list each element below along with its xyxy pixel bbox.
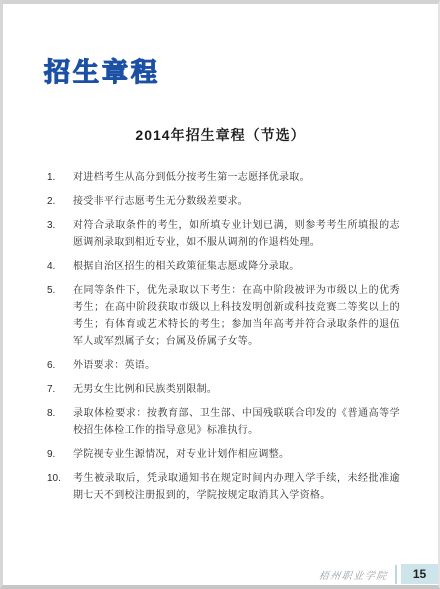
list-item: 3. 对符合录取条件的考生，如所填专业计划已满，则参考考生所填报的志愿调剂录取到… [47, 217, 400, 251]
section-header: 招生章程 [44, 52, 160, 89]
college-signature-logo: 梧州职业学院 [318, 567, 389, 582]
list-item-text: 根据自治区招生的相关政策征集志愿或降分录取。 [73, 258, 400, 275]
list-item: 7. 无男女生比例和民族类别限制。 [47, 381, 400, 398]
list-item-text: 学院视专业生源情况，对专业计划作相应调整。 [73, 446, 400, 463]
page-number-separator [395, 565, 397, 584]
list-item-text: 考生被录取后，凭录取通知书在规定时间内办理入学手续，未经批准逾期七天不到校注册报… [73, 470, 400, 504]
list-item-text: 在同等条件下，优先录取以下考生：在高中阶段被评为市级以上的优秀考生；在高中阶段获… [73, 282, 400, 350]
list-item-number: 3. [47, 217, 73, 251]
list-item-text: 录取体检要求：按教育部、卫生部、中国残联联合印发的《普通高等学校招生体检工作的指… [73, 405, 400, 439]
list-item: 1. 对进档考生从高分到低分按考生第一志愿择优录取。 [47, 169, 400, 186]
list-item-number: 1. [47, 169, 73, 186]
list-item-number: 8. [47, 405, 73, 439]
list-item-number: 6. [47, 357, 73, 374]
list-item: 2. 接受非平行志愿考生无分数级差要求。 [47, 193, 400, 210]
list-item: 4. 根据自治区招生的相关政策征集志愿或降分录取。 [47, 258, 400, 275]
list-item-text: 对进档考生从高分到低分按考生第一志愿择优录取。 [73, 169, 400, 186]
list-item: 6. 外语要求：英语。 [47, 357, 400, 374]
document-page: 招生章程 2014年招生章程（节选） 1. 对进档考生从高分到低分按考生第一志愿… [0, 0, 440, 589]
page-footer: 梧州职业学院 15 [319, 563, 438, 585]
list-item: 8. 录取体检要求：按教育部、卫生部、中国残联联合印发的《普通高等学校招生体检工… [47, 405, 400, 439]
list-item-text: 对符合录取条件的考生，如所填专业计划已满，则参考考生所填报的志愿调剂录取到相近专… [73, 217, 400, 251]
list-item: 10. 考生被录取后，凭录取通知书在规定时间内办理入学手续，未经批准逾期七天不到… [47, 470, 400, 504]
list-item-text: 接受非平行志愿考生无分数级差要求。 [73, 193, 400, 210]
list-item-number: 7. [47, 381, 73, 398]
list-item-number: 2. [47, 193, 73, 210]
list-item-number: 10. [47, 470, 73, 504]
page-number-badge: 15 [401, 564, 438, 584]
list-item-number: 9. [47, 446, 73, 463]
rules-list: 1. 对进档考生从高分到低分按考生第一志愿择优录取。 2. 接受非平行志愿考生无… [3, 169, 438, 511]
list-item-text: 外语要求：英语。 [73, 357, 400, 374]
list-item: 5. 在同等条件下，优先录取以下考生：在高中阶段被评为市级以上的优秀考生；在高中… [47, 282, 400, 350]
list-item-number: 5. [47, 282, 73, 350]
page-title: 2014年招生章程（节选） [3, 125, 438, 145]
list-item-text: 无男女生比例和民族类别限制。 [73, 381, 400, 398]
list-item: 9. 学院视专业生源情况，对专业计划作相应调整。 [47, 446, 400, 463]
list-item-number: 4. [47, 258, 73, 275]
